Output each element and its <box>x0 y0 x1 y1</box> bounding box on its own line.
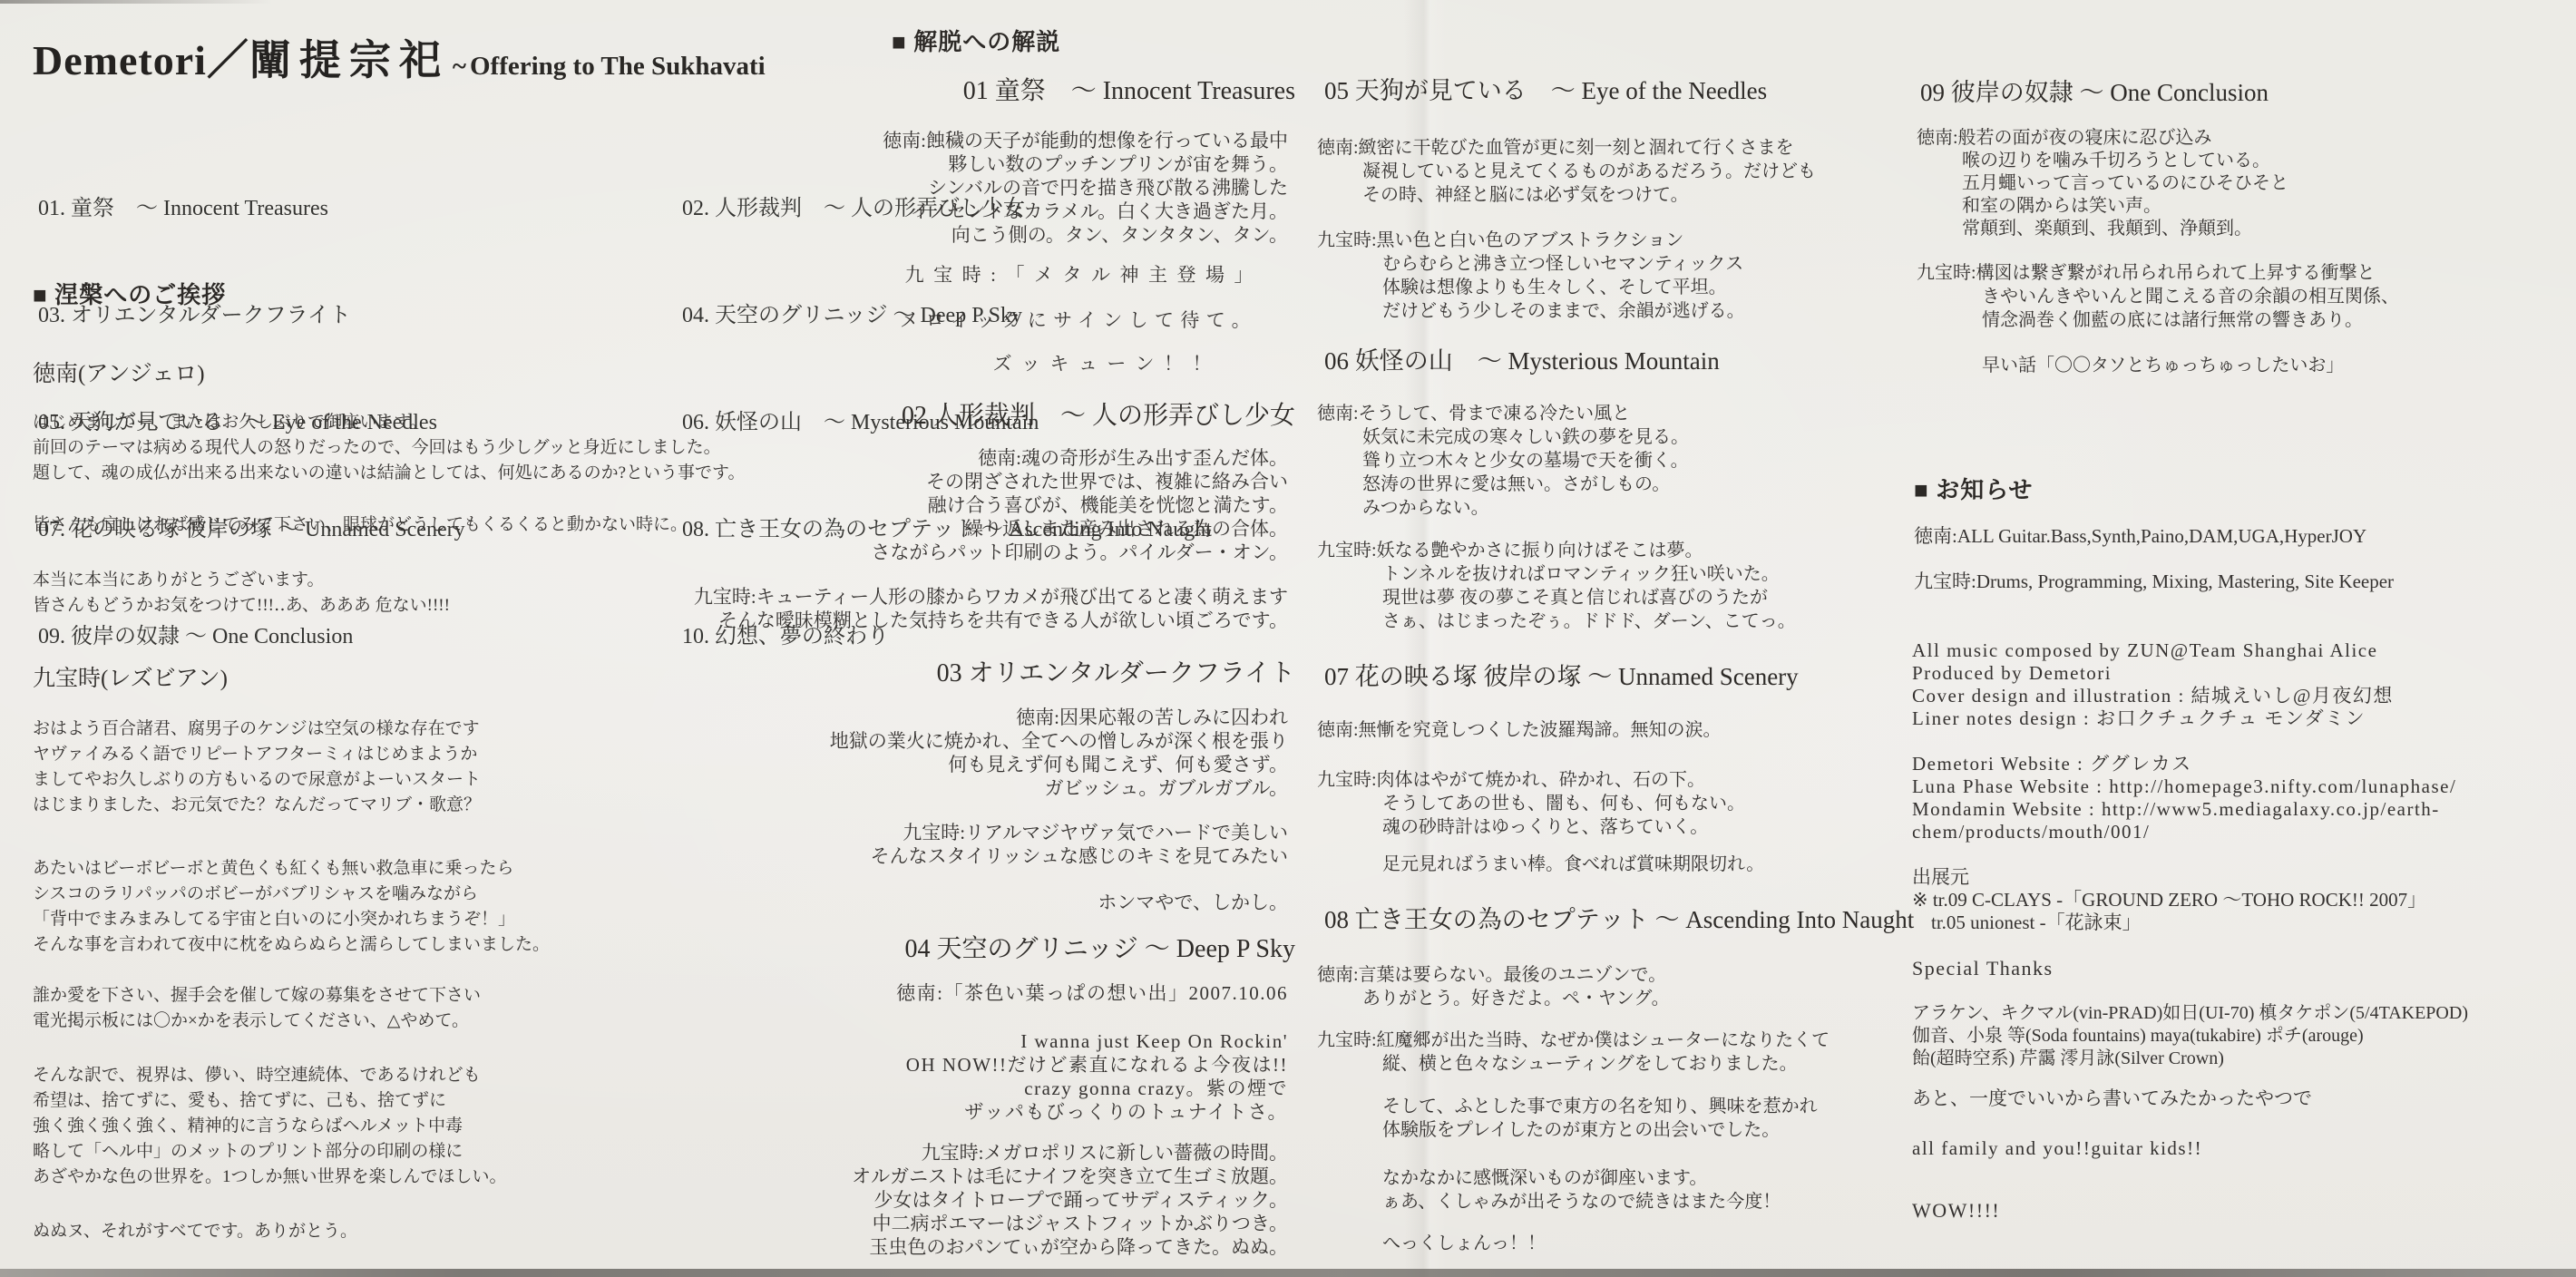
track-03-kuhoji-comment: 九宝時:リアルマジヤヴァ気でハードで美しい そんなスタイリッシュな感じのキミを見… <box>689 821 1288 868</box>
track-07-outro-line: 足元見ればうまい棒。食べれば賞味期限切れ。 <box>1317 853 1945 876</box>
special-thanks-heading: Special Thanks <box>1912 957 2054 980</box>
greeting-heading: ■ 涅槃へのご挨拶 <box>33 277 226 310</box>
track-08-tokunan-comment: 徳南:言葉は要らない。最後のユニゾンで。 ありがとう。好きだよ。ペ・ヤング。 <box>1317 963 1925 1010</box>
track-05-heading: 05 天狗が見ている ～ Eye of the Needles <box>1324 71 1767 106</box>
track-07-heading: 07 花の映る塚 彼岸の塚 ～ Unnamed Scenery <box>1324 657 1799 692</box>
commentary-heading: ■ 解脱への解説 <box>892 24 1060 57</box>
track-02-heading: 02 人形裁判 ～ 人の形弄びし少女 <box>689 395 1295 432</box>
kuhoji-label: 九宝時(レズビアン) <box>33 660 228 693</box>
greeting-paragraph: おはよう百合諸君、腐男子のケンジは空気の様な存在です ヤヴァイみるく語でリピート… <box>33 716 776 818</box>
websites-block: Demetori Website : ググレカス Luna Phase Webs… <box>1912 753 2538 843</box>
title-tilde: ~ <box>453 52 466 81</box>
track-03-heading: 03 オリエンタルダークフライト <box>689 653 1295 689</box>
band-name: Demetori <box>33 37 207 83</box>
track-01-kuhoji-line: ズッキューン！！ <box>689 352 1221 375</box>
track-08-kuhoji-comment: 九宝時:紅魔郷が出た当時、なぜか僕はシューターになりたくて 縦、横と色々なシュー… <box>1317 1028 1963 1076</box>
track-08-kuhoji-comment: そして、ふとした事で東方の名を知り、興味を惹かれ 体験版をプレイしたのが東方との… <box>1317 1095 1963 1142</box>
greeting-paragraph: あたいはビーボビーボと黄色くも紅くも無い救急車に乗ったら シスコのラリパッパのボ… <box>33 856 776 958</box>
track-08-outro-line: へっくしょんっ！！ <box>1317 1232 1945 1255</box>
greeting-paragraph: 皆さんも宜しければ感じてみて下さい、眼球がどうしてもくるくると動かない時に。 <box>33 512 776 538</box>
track-09-outro-line: 早い話「〇〇タソとちゅっちゅっしたいお」 <box>1917 354 2562 377</box>
greeting-paragraph: そんな訳で、視界は、儚い、時空連続体、であるけれども 希望は、捨てずに、愛も、捨… <box>33 1063 776 1190</box>
title-slash: ／ <box>207 37 249 83</box>
track-07-tokunan-comment: 徳南:無慚を究竟しつくした波羅羯諦。無知の涙。 <box>1317 718 1925 742</box>
wow-line: WOW!!!! <box>1912 1199 2538 1223</box>
track-08-heading: 08 亡き王女の為のセプテット ～ Ascending Into Naught <box>1324 900 1914 935</box>
track-05-tokunan-comment: 徳南:緻密に干乾びた血管が更に刻一刻と涸れて行くさまを 凝視していると見えてくる… <box>1317 136 1925 207</box>
track-01-heading: 01 童祭 ～ Innocent Treasures <box>689 71 1295 107</box>
track-04-heading: 04 天空のグリニッジ ～ Deep P Sky <box>689 929 1295 965</box>
exhibit-block: 出展元 ※ tr.09 C-CLAYS -「GROUND ZERO ～TOHO … <box>1912 866 2538 934</box>
news-tokunan-line: 徳南:ALL Guitar.Bass,Synth,Paino,DAM,UGA,H… <box>1914 524 2531 548</box>
track-09-kuhoji-comment: 九宝時:構図は繋ぎ繋がれ吊られ吊られて上昇する衝撃と きやいんきやいんと聞こえる… <box>1917 261 2576 332</box>
greeting-paragraph: 誰か愛を下さい、握手会を催して嫁の募集をさせて下さい 電光掲示板には〇か×かを表… <box>33 983 776 1034</box>
track-07-kuhoji-comment: 九宝時:肉体はやがて焼かれ、砕かれ、石の下。 そうしてあの世も、闇も、何も、何も… <box>1317 768 1945 839</box>
track-02-tokunan-comment: 徳南:魂の奇形が生み出す歪んだ体。 その閉ざされた世界では、複雑に絡み合い 融け… <box>689 446 1288 564</box>
news-kuhoji-line: 九宝時:Drums, Programming, Mixing, Masterin… <box>1914 570 2531 593</box>
track-09-tokunan-comment: 徳南:般若の面が夜の寝床に忍び込み 喉の辺りを噛み千切ろうとしている。 五月蠅い… <box>1917 127 2542 240</box>
tracklist-item: 01. 童祭 ～ Innocent Treasures <box>38 182 673 236</box>
track-06-kuhoji-comment: 九宝時:妖なる艶やかさに振り向けばそこは夢。 トンネルを抜ければロマンティック狂… <box>1317 539 1945 633</box>
thanks-note-line: あと、一度でいいから書いてみたかったやつで <box>1912 1087 2538 1110</box>
track-08-kuhoji-comment: なかなかに感慨深いものが御座います。 ぁあ、くしゃみが出そうなので続きはまた今度… <box>1317 1166 1963 1214</box>
track-04-kuhoji-comment: 九宝時:メガロポリスに新しい薔薇の時間。 オルガニストは毛にナイフを突き立て生ゴ… <box>689 1141 1288 1259</box>
tokunan-label: 徳南(アンジェロ) <box>33 356 205 388</box>
track-06-tokunan-comment: 徳南:そうして、骨まで凍る冷たい風と 妖気に未完成の寒々しい鉄の夢を見る。 聳り… <box>1317 402 1925 520</box>
scan-edge-top <box>0 0 272 4</box>
track-05-kuhoji-comment: 九宝時:黒い色と白い色のアブストラクション むらむらと沸き立つ怪しいセマンティッ… <box>1317 229 1945 323</box>
booklet-scan: { "title": { "band": "Demetori", "slash"… <box>0 0 2576 1277</box>
track-03-tokunan-comment: 徳南:因果応報の苦しみに囚われ 地獄の業火に焼かれ、全てへの憎しみが深く根を張り… <box>689 706 1288 800</box>
greeting-paragraph: 本当に本当にありがとうございます。 皆さんもどうかお気をつけて!!!‥あ、あああ… <box>33 568 776 619</box>
scan-edge-bottom <box>0 1269 2576 1277</box>
track-01-kuhoji-comment: 九宝時:「メタル神主登場」 <box>689 263 1263 287</box>
track-02-kuhoji-comment: 九宝時:キューティー人形の膝からワカメが飛び出てると凄く萌えます そんな曖昧模糊… <box>680 585 1288 632</box>
track-04-tokunan-comment: 徳南:「茶色い葉っぱの想い出」2007.10.06 <box>689 981 1288 1005</box>
special-thanks-list: アラケン、キクマル(vin-PRAD)如日(UI-70) 槙タケポン(5/4TA… <box>1912 1002 2547 1070</box>
family-line: all family and you!!guitar kids!! <box>1912 1136 2538 1160</box>
news-heading: ■ お知らせ <box>1914 472 2033 505</box>
track-01-tokunan-comment: 徳南:蝕穢の天子が能動的想像を行っている最中 夥しい数のプッチンプリンが宙を舞う… <box>689 129 1288 247</box>
track-03-outro-line: ホンマやで、しかし。 <box>689 891 1288 914</box>
track-06-heading: 06 妖怪の山 ～ Mysterious Mountain <box>1324 341 1720 376</box>
track-04-lyric-lines: I wanna just Keep On Rockin' OH NOW!!だけど… <box>689 1029 1288 1124</box>
credits-block: All music composed by ZUN@Team Shanghai … <box>1912 639 2538 730</box>
album-kanji: 闡提宗祀 <box>249 37 449 83</box>
track-09-heading: 09 彼岸の奴隷 ～ One Conclusion <box>1920 73 2269 108</box>
greeting-paragraph: ぬぬヌ、それがすべてです。ありがとう。 <box>33 1219 776 1244</box>
track-01-kuhoji-line: メロイックにサインして待て。 <box>689 308 1257 332</box>
greeting-paragraph: はじめましてー、またはお久しぶりで御座います。 前回のテーマは病める現代人の怒り… <box>33 410 776 486</box>
